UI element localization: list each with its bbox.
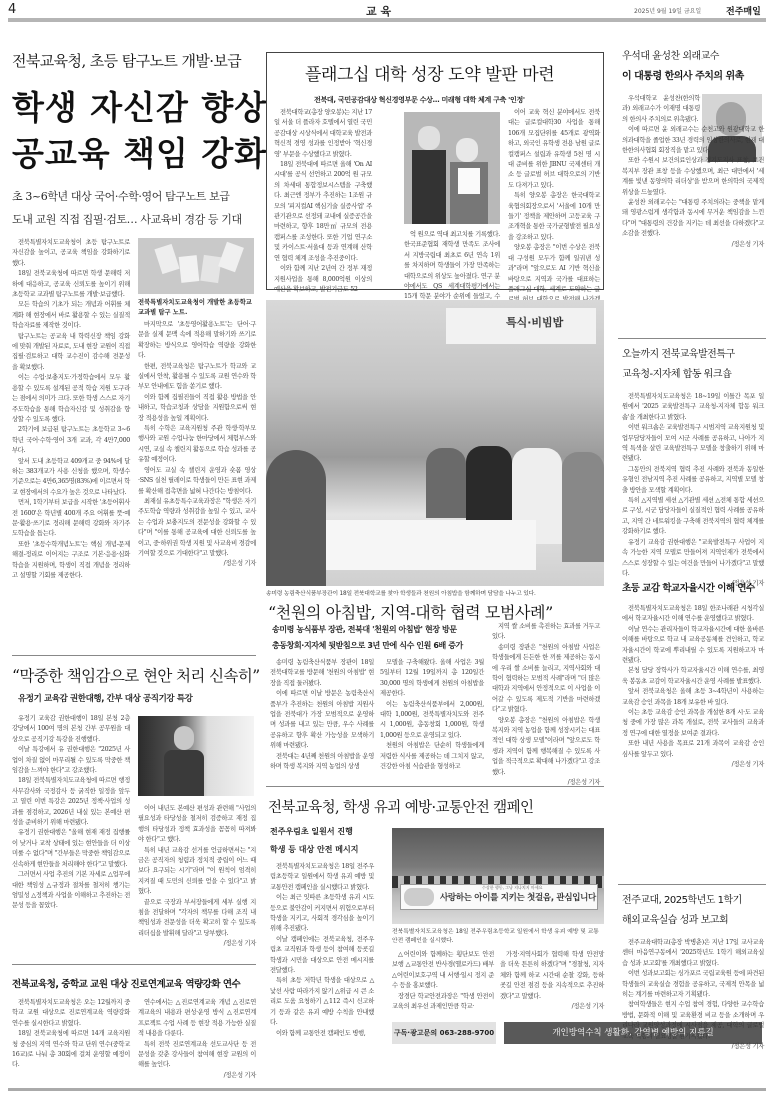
cafeteria-sign: 특식·비빔밥 [506,314,563,330]
divider [266,786,604,787]
safety-byline: /정은성 기자 [500,1002,604,1012]
story3-title: 초등 교감 학교자율시간 이해 연수 [622,578,755,600]
section-title: 교 육 [366,3,391,19]
story3-byline: /정은성 기자 [622,760,764,770]
safety-col-2: △어린이와 함께하는 횡단보도 안전 보행 △교통안전 반사경(옐로카드) 배부… [392,950,494,1012]
story4-byline: /정은성 기자 [622,1042,764,1052]
breakfast-photo-caption: 송미령 농림축산식품부장관이 18일 전북대학교를 찾아 학생들과 천원의 아침… [266,588,536,597]
story1-byline: /정은성 기자 [622,240,764,250]
story2-text: 전북특별자치도교육청은 18~19일 이틀간 목포 일원에서 '2025 교육발… [622,392,764,590]
lead-kicker: 전북교육청, 초등 탐구노트 개발·보급 [12,50,241,71]
notebooks-photo [138,238,254,294]
divider [12,655,256,656]
lead-headline-2: 공교육 책임 강화 [12,128,267,175]
page-number: 4 [8,2,16,17]
lecture-col-2: 이어 내년도 본예산 편성과 관련해 "사업의 필요성과 타당성을 철저히 검증… [138,804,256,950]
story1-text: 우석대학교 윤성찬(한의학과) 외래교수가 이재명 대통령의 한의사 주치의로 … [622,94,764,250]
safety-subhead-2: 학생 등 대상 안전 메시지 [270,844,358,855]
flagship-subhead: 전북대, 국민공감대상 혁신경영부문 수상… 미래형 대학 체계 구축 '인정' [314,95,525,105]
lecture-headline: “막중한 책임감으로 현안 처리 신속히” [12,664,260,686]
campaign-photo: 수상한 행동, 그냥 지나치지 마세요 사랑하는 아이를 지키는 첫걸음, 관심… [392,828,604,924]
breakfast-col-3: 지역 쌀 소비를 촉진하는 효과를 거두고 있다. 송미령 장관은 "천원의 아… [492,622,600,789]
lead-subhead-2: 도내 교원 직접 집필·검토… 사교육비 경감 등 기대 [12,211,242,227]
safety-col-3: 가정·지역사회가 협력해 학생 안전망을 더욱 튼튼히 하겠다"며 "경찰청, … [500,950,604,1012]
breakfast-col-2: 모델을 구축해왔다. 올해 사업은 3월 5일부터 12월 19일까지 총 12… [380,658,484,772]
breakfast-col-1: 송미령 농림축산식품부 장관이 18일 전북대학교를 방문해 '천원의 아침밥'… [270,658,374,772]
career-byline: /정은성 기자 [138,1071,256,1081]
lecture-col-1: 유정기 교육감 권한대행이 18일 본청 2층 강당에서 100여 명의 본청 … [12,714,130,912]
lead-col-2: 마지막으로 '초등영어활용노트'는 단어·구문을 실제 문맥 속에 적용해 말하… [138,320,256,570]
lead-col-1: 전북특별자치도교육청이 초등 탐구노트로 자신감을 높이고, 공교육 책임을 강… [12,238,130,581]
divider [618,338,766,339]
flagship-col-1: 전북대학교(총장 양오봉)는 지난 17일 서울 더 플라자 호텔에서 열린 국… [274,108,372,295]
campaign-banner: 사랑하는 아이를 지키는 첫걸음, 관심입니다 [440,891,596,903]
lecture-byline: /정은성 기자 [138,939,256,949]
flagship-col-3: 이어 교육 혁신 분야에서도 전북대는 글로컬대학30 사업을 통해 106개 … [508,108,600,327]
safety-subhead-1: 전주우림초 일원서 진행 [270,826,353,837]
award-photo [404,112,500,224]
lead-byline: /정은성 기자 [138,559,256,569]
divider [618,884,766,885]
lead-photo-caption: 전북특별자치도교육청이 개발한 초등학교 교과별 탐구 노트. [138,298,256,318]
lead-subhead-1: 초 3~6학년 대상 국어·수학·영어 탐구노트 보급 [12,188,230,204]
masthead-rule [8,18,766,22]
speaker-photo [138,716,254,796]
career-headline: 전북교육청, 중학교 교원 대상 진로연계교육 역량강화 연수 [12,976,240,990]
breakfast-headline: “천원의 아침밥, 지역-대학 협력 모범사례” [268,600,553,623]
story1-title-1: 우석대 윤성찬 외래교수 [622,46,719,68]
issue-date: 2025년 9월 19일 금요일 [634,6,701,15]
story2-title-2: 교육청-지자체 합동 워크숍 [622,364,731,386]
lead-headline-1: 학생 자신감 향상 [12,82,267,129]
career-col-1: 전북특별자치도교육청은 오는 12월까지 중학교 교원 대상으로 진로연계교육 … [12,998,130,1071]
breakfast-subhead-2: 총동창회·지자체 뒷받침으로 3년 만에 식수 인원 6배 증가 [272,640,463,651]
career-col-2: 연수에서는 △진로연계교육 개념 △진로연계교육의 내용과 편성·운영 방식 △… [138,998,256,1081]
subscription-ad: 구독·광고문의 063-288-9700 [392,1022,496,1044]
campaign-photo-caption: 전북특별자치도교육청은 18일 전주우림초등학교 일원에서 학생 유괴 예방 및… [392,928,604,946]
story2-title-1: 오늘까지 전북교육발전특구 [622,344,735,366]
flagship-headline: 플래그십 대학 성장 도약 발판 마련 [305,60,554,85]
story4-title-1: 전주교대, 2025학년도 1학기 [622,890,742,912]
safety-col-1: 전북특별자치도교육청은 18일 전주우림초등학교 일원에서 학생 유괴 예방 및… [270,862,374,1039]
story4-title-2: 해외교육실습 성과 보고회 [622,910,728,932]
breakfast-subhead-1: 송미령 농식품부 장관, 전북대 '천원의 아침밥' 현장 방문 [272,624,457,635]
story3-text: 전북특별자치도교육청은 18일 한조나래관 시청각실에서 학교자율시간 이해 연… [622,604,764,771]
safety-headline: 전북교육청, 학생 유괴 예방·교통안전 캠페인 [268,796,533,817]
lecture-subhead: 유정기 교육감 권한대행, 간부 대상 공직기강 특강 [18,692,192,704]
breakfast-photo: 특식·비빔밥 [266,300,604,586]
story4-text: 전주교육대학교(총장 박병춘)은 지난 17일 교사교육센터 마음연구동에서 '… [622,938,764,1052]
divider [12,964,256,965]
footer-rule [8,1088,766,1091]
story1-title-2: 이 대통령 한의사 주치의 위촉 [622,66,744,88]
paper-name: 전주매일 [726,4,761,17]
